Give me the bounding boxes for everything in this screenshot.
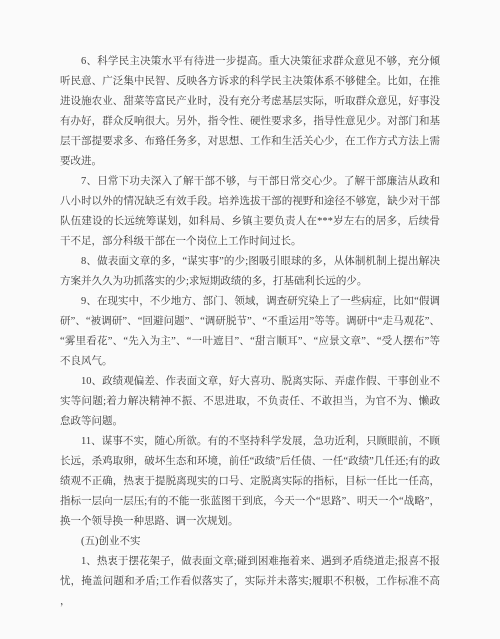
section-heading: (五)创业不实 <box>60 532 440 552</box>
paragraph-7: 7、日常下功夫深入了解干部不够，与干部日常交心少。了解干部廉洁从政和八小时以外的… <box>60 172 440 252</box>
paragraph-9: 9、在现实中，不少地方、部门、领域，调查研究染上了一些病症，比如“假调研”、“被… <box>60 292 440 372</box>
section-paragraph-1: 1、热衷于摆花架子，做表面文章;碰到困难拖着来、遇到矛盾绕道走;报喜不报忧，掩盖… <box>60 552 440 612</box>
paragraph-11: 11、谋事不实，随心所欲。有的不坚持科学发展，急功近利，只顾眼前，不顾长远，杀鸡… <box>60 432 440 532</box>
paragraph-8: 8、做表面文章的多，“谋实事”的少;图吸引眼球的多，从体制机制上提出解决方案并久… <box>60 252 440 292</box>
paragraph-6: 6、科学民主决策水平有待进一步提高。重大决策征求群众意见不够，充分倾听民意、广泛… <box>60 52 440 172</box>
document-text-column: 6、科学民主决策水平有待进一步提高。重大决策征求群众意见不够，充分倾听民意、广泛… <box>60 52 440 612</box>
document-page: 6、科学民主决策水平有待进一步提高。重大决策征求群众意见不够，充分倾听民意、广泛… <box>0 0 500 639</box>
paragraph-10: 10、政绩观偏差、作表面文章，好大喜功、脱离实际、弄虚作假、干事创业不实等问题;… <box>60 372 440 432</box>
